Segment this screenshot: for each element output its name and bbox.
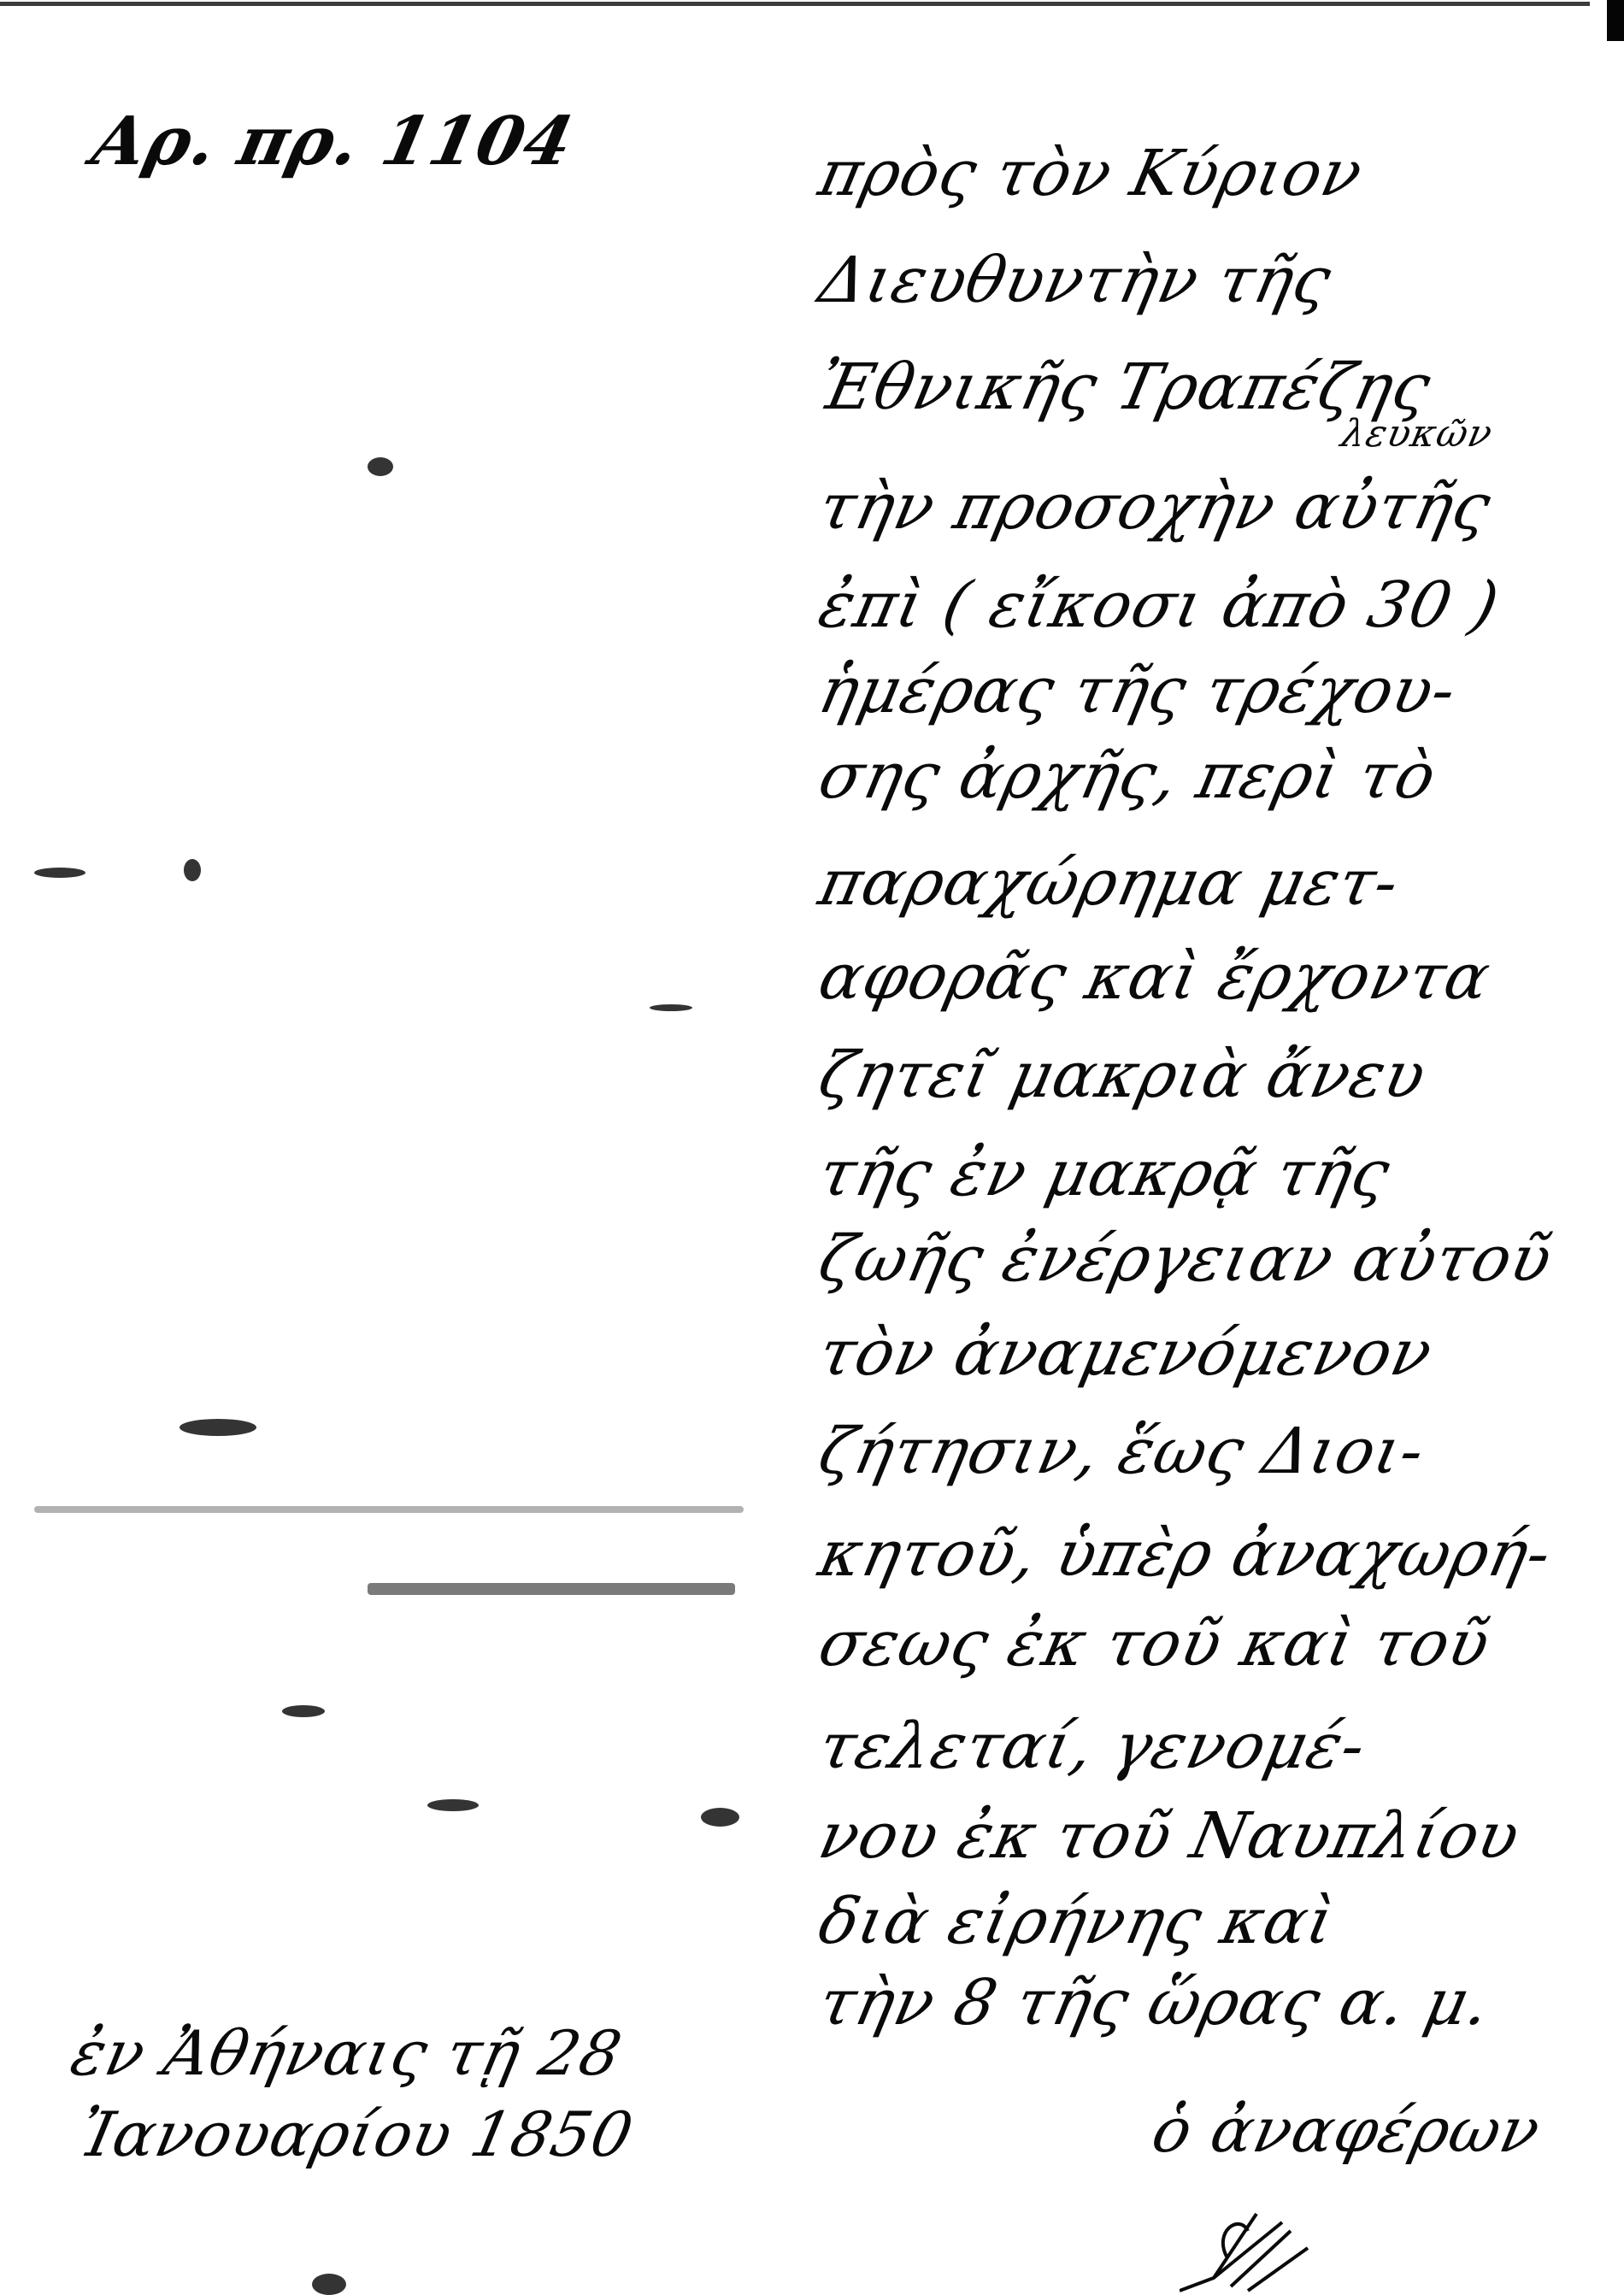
ink-blot [282, 1705, 325, 1717]
body-line: Διευθυντὴν τῆς [813, 244, 1338, 317]
closing-formula: ὁ ἀναφέρων [1146, 2094, 1547, 2166]
body-line: παραχώρημα μετ- [813, 846, 1406, 920]
place-date-line: ἐν Ἀθήναις τῇ 28 [65, 2017, 628, 2089]
top-border-rule [0, 2, 1590, 6]
body-line: τῆς ἐν μακρᾷ τῆς [813, 1137, 1397, 1210]
scan-streak [34, 1506, 744, 1513]
body-line: νου ἐκ τοῦ Ναυπλίου [813, 1799, 1527, 1873]
body-line: πρὸς τὸν Κύριον [813, 137, 1369, 210]
body-line: τὴν 8 τῆς ὥρας α. μ. [813, 1966, 1497, 2039]
body-line: τὸν ἀναμενόμενον [813, 1316, 1439, 1390]
body-line: διὰ εἰρήνης καὶ [813, 1885, 1342, 1958]
month-year-line: Ἰανουαρίου 1850 [74, 2098, 639, 2170]
ink-blot [427, 1799, 479, 1811]
scan-streak [368, 1583, 735, 1595]
ink-blot [650, 1004, 692, 1011]
signature-icon [1180, 2197, 1316, 2295]
body-line: σεως ἐκ τοῦ καὶ τοῦ [813, 1607, 1497, 1680]
body-line: ἡμέρας τῆς τρέχου- [813, 654, 1463, 727]
ink-blot [34, 868, 85, 878]
body-line: τὴν προσοχὴν αὐτῆς [813, 470, 1497, 544]
body-line: σης ἀρχῆς, περὶ τὸ [813, 739, 1443, 813]
ink-blot [184, 859, 201, 881]
body-line: Ἐθνικῆς Τραπέζης [813, 350, 1438, 424]
body-line: ζωῆς ἐνέργειαν αὐτοῦ [813, 1222, 1559, 1296]
reference-number: Αρ. πρ. 1104 [85, 103, 580, 180]
corner-scan-mark [1607, 0, 1624, 41]
ink-blot [701, 1808, 739, 1827]
body-line: ζήτησιν, ἕως Διοι- [813, 1415, 1432, 1488]
body-line: ζητεῖ μακριὰ ἄνευ [813, 1039, 1433, 1112]
ink-blot [312, 2274, 346, 2295]
ink-blot [368, 457, 393, 476]
body-line: κητοῦ, ὑπὲρ ἀναχωρή- [813, 1517, 1558, 1591]
body-line: τελεταί, γενομέ- [813, 1709, 1373, 1783]
body-line: ἐπὶ ( εἴκοσι ἀπὸ 30 ) [813, 568, 1506, 642]
ink-blot [179, 1419, 256, 1436]
body-line: αφορᾶς καὶ ἔρχοντα [813, 940, 1497, 1014]
